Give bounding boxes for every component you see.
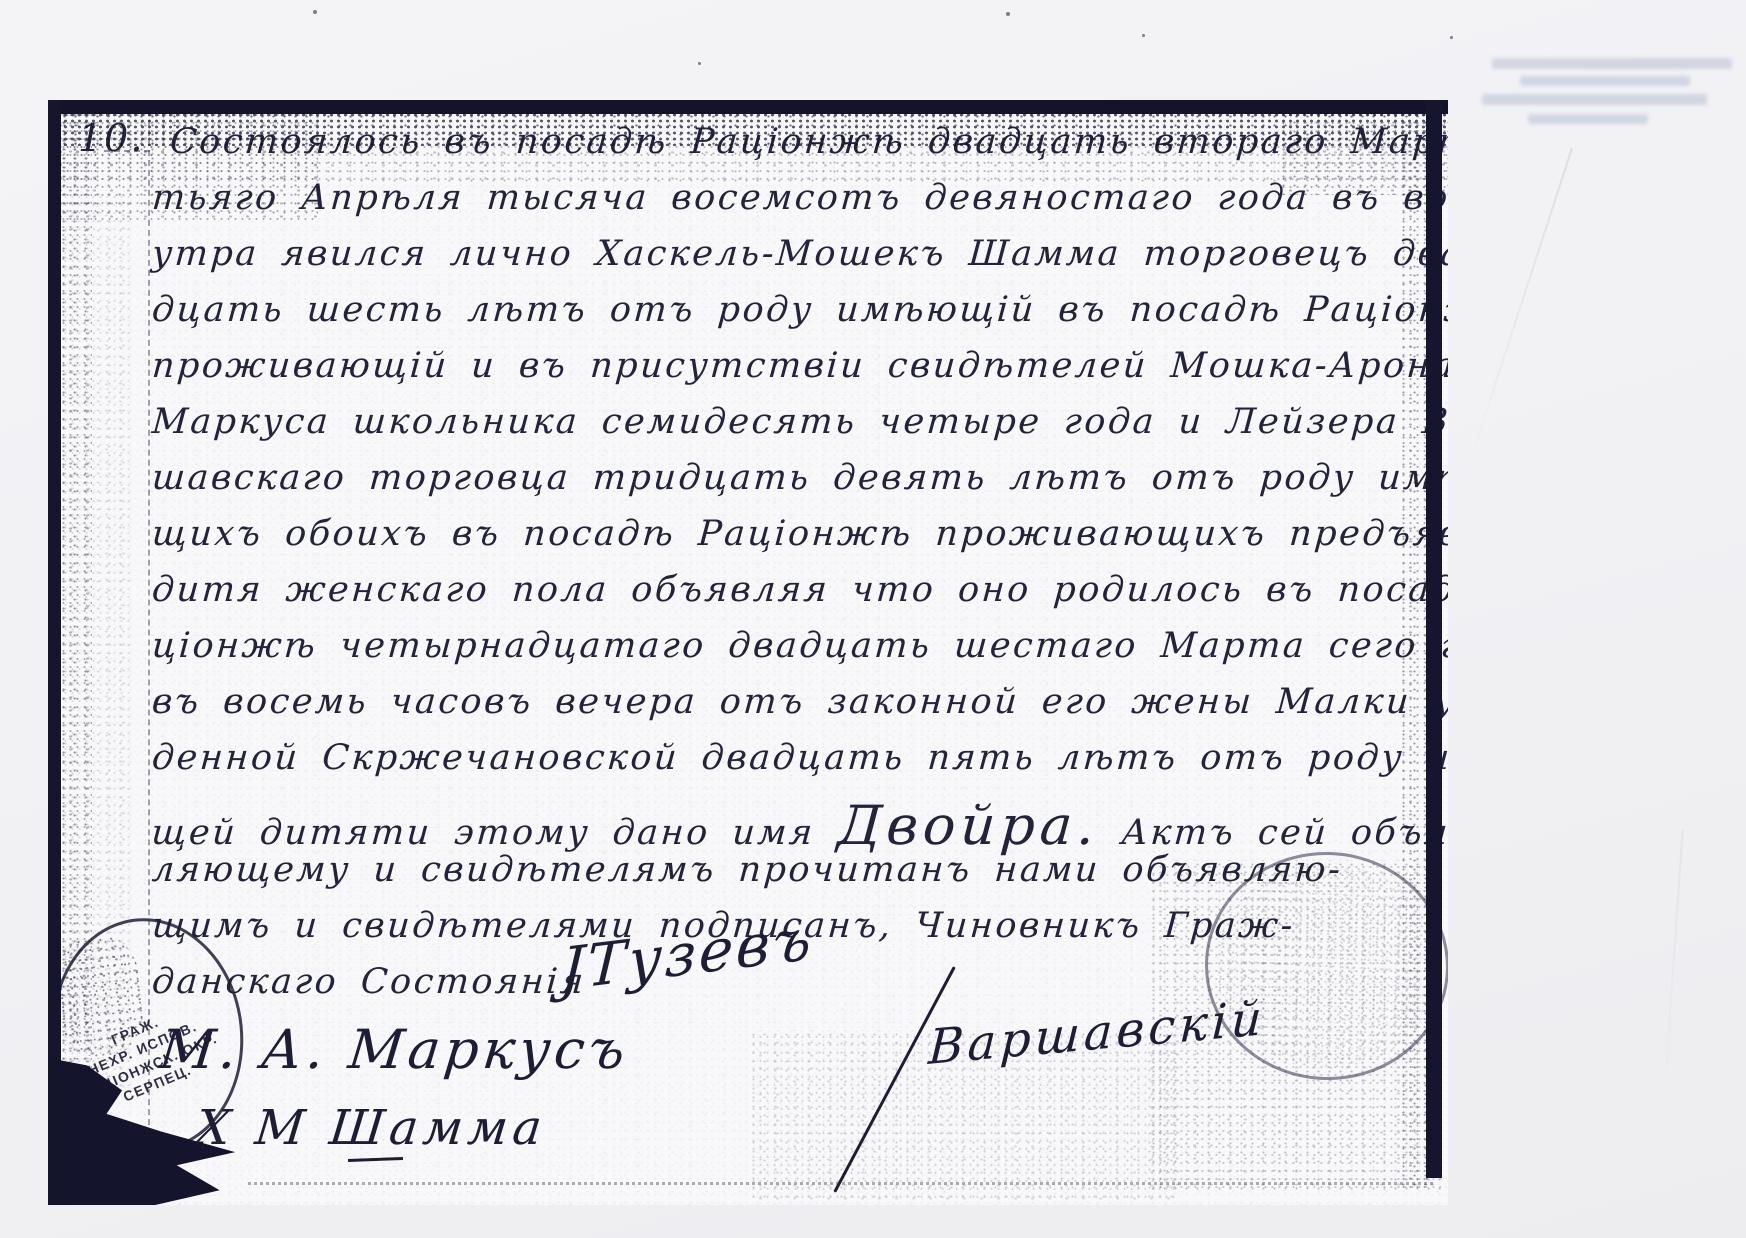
signature-witness-warszawski: Варшавскій: [927, 990, 1267, 1076]
record-line: ляющему и свидѣтелямъ прочитанъ нами объ…: [151, 850, 1344, 890]
record-text-segment: Маркуса школьника семидесять четыре года…: [151, 402, 1448, 442]
scan-crease: [1469, 148, 1573, 462]
torn-border-right-fade: [1398, 100, 1428, 1190]
margin-speck: [1450, 36, 1453, 39]
underline-mark: [348, 1157, 403, 1162]
record-text-segment: ціонжѣ четырнадцатаго двадцать шестаго М…: [151, 626, 1448, 666]
scan-crease: [1662, 830, 1684, 1109]
margin-speck: [1142, 34, 1145, 37]
record-text-segment: денной Скржечановской двадцать пять лѣтъ…: [151, 738, 1448, 778]
record-line: шавскаго торговца тридцать девять лѣтъ о…: [151, 458, 1448, 498]
record-line: проживающій и въ присутствіи свидѣтелей …: [151, 346, 1448, 386]
torn-border-top-fade2: [48, 140, 1448, 186]
record-paper: 10. Состоялось въ посадѣ Раціонжѣ двадца…: [48, 100, 1448, 1205]
record-text-segment: утра явился лично Хаскель-Мошекъ Шамма т…: [151, 234, 1448, 274]
signature-declarant-szamma: Х М Шамма: [193, 1100, 549, 1156]
record-text-segment: дцать шесть лѣтъ отъ роду имѣющій въ пос…: [151, 290, 1448, 330]
record-text-segment: щей дитяти этому дано имя: [150, 813, 839, 853]
bleed-through-stamp: [1480, 52, 1740, 132]
record-line: щей дитяти этому дано имя Двойра. Актъ с…: [150, 794, 1448, 857]
child-name-highlight: Двойра.: [836, 794, 1102, 857]
record-text-segment: ляющему и свидѣтелямъ прочитанъ нами объ…: [151, 850, 1344, 890]
record-text-segment: въ восемь часовъ вечера отъ законной его…: [151, 682, 1448, 722]
signature-flourish-stroke: [833, 966, 955, 1193]
record-text-segment: Актъ сей объяв-: [1097, 813, 1448, 853]
record-line: ціонжѣ четырнадцатаго двадцать шестаго М…: [151, 626, 1448, 666]
torn-border-left-fade: [58, 100, 92, 1180]
record-text-segment: шавскаго торговца тридцать девять лѣтъ о…: [151, 458, 1448, 498]
record-line: дитя женскаго пола объявляя что оно роди…: [151, 570, 1448, 610]
margin-speck: [1006, 12, 1010, 16]
record-line: дцать шесть лѣтъ отъ роду имѣющій въ пос…: [151, 290, 1448, 330]
record-line: денной Скржечановской двадцать пять лѣтъ…: [151, 738, 1448, 778]
record-line: въ восемь часовъ вечера отъ законной его…: [151, 682, 1448, 722]
record-text-segment: щихъ обоихъ въ посадѣ Раціонжѣ проживающ…: [151, 514, 1448, 554]
record-text-segment: проживающій и въ присутствіи свидѣтелей …: [151, 346, 1448, 386]
margin-speck: [698, 62, 701, 65]
scanned-page: 10. Состоялось въ посадѣ Раціонжѣ двадца…: [0, 0, 1746, 1238]
record-text-segment: дитя женскаго пола объявляя что оно роди…: [151, 570, 1448, 610]
record-line: щихъ обоихъ въ посадѣ Раціонжѣ проживающ…: [151, 514, 1448, 554]
margin-speck: [313, 10, 317, 14]
torn-border-right: [1426, 100, 1442, 1178]
record-line: Маркуса школьника семидесять четыре года…: [151, 402, 1448, 442]
record-line: утра явился лично Хаскель-Мошекъ Шамма т…: [151, 234, 1448, 274]
